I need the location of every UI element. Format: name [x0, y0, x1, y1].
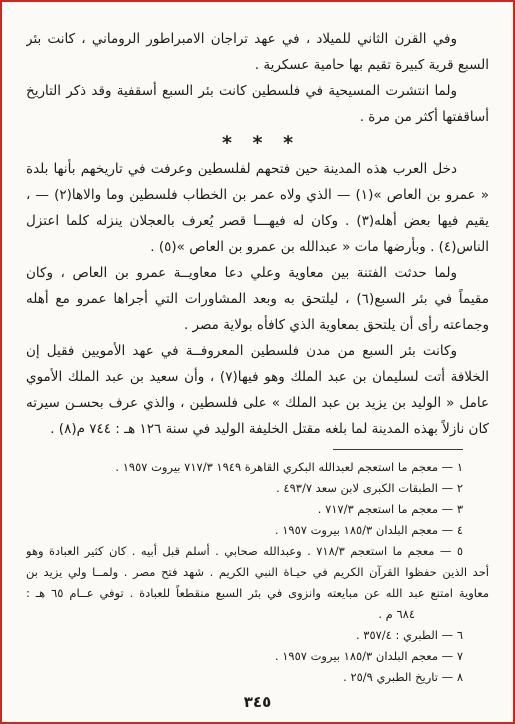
footnote-line: أحد الذين حفظوا القرآن الكريم في حيـاة ا… — [26, 562, 489, 583]
footnote-line: معاوية امتنع عبد الله عن مبايعته وانزوى … — [26, 583, 489, 604]
paragraph: ولما حدثت الفتنة بين معاوية وعلي دعا معا… — [26, 260, 489, 338]
footnote-line: ٦٨٤ م . — [26, 604, 489, 625]
text-line: الخلافة أتت لسليمان بن عبد الملك وهو فيه… — [26, 364, 489, 390]
text-line: الناس(٤) . وبأرضها مات « عبدالله بن عمرو… — [26, 234, 489, 260]
paragraph: وكانت بئر السبع من مدن فلسطين المعروفــة… — [26, 338, 489, 442]
footnote-line: ٣ — معجم ما استعجم ٧١٧/٣ . — [26, 499, 489, 520]
book-page: وفي القرن الثاني للميلاد ، في عهد تراجان… — [0, 0, 515, 724]
footnote-line: ٦ — الطبري : ٣٥٧/٤ . — [26, 625, 489, 646]
text-line: دخل العرب هذه المدينة حين فتحهم لفلسطين … — [26, 156, 489, 182]
text-line: ولما انتشرت المسيحية في فلسطين كانت بئر … — [26, 78, 489, 104]
page-number: ٣٤٥ — [26, 691, 489, 713]
text-line: وجماعته رأى أن يلتحق بمعاوية الذي كافأه … — [26, 312, 489, 338]
body-paragraphs: دخل العرب هذه المدينة حين فتحهم لفلسطين … — [26, 156, 489, 442]
footnote-line: ٥ — معجم ما استعجم ٧١٨/٣ . وعبدالله صحاب… — [26, 541, 489, 562]
text-line: كان نازلاً بهذه المدينة لما بلغه مقتل ال… — [26, 416, 489, 442]
text-line: أساقفتها أكثر من مرة . — [26, 104, 489, 130]
paragraph: وفي القرن الثاني للميلاد ، في عهد تراجان… — [26, 26, 489, 78]
page-content: وفي القرن الثاني للميلاد ، في عهد تراجان… — [2, 2, 513, 713]
text-line: السبع قرية كبيرة تقيم بها حامية عسكرية . — [26, 52, 489, 78]
footnotes-block: ١ — معجم ما استعجم لعبدالله البكري القاه… — [26, 457, 489, 688]
text-line: يقيم فيها بعض أهله(٣) . وكان له فيهـــا … — [26, 208, 489, 234]
intro-paragraphs: وفي القرن الثاني للميلاد ، في عهد تراجان… — [26, 26, 489, 130]
paragraph: دخل العرب هذه المدينة حين فتحهم لفلسطين … — [26, 156, 489, 260]
footnote-line: ٢ — الطبقات الكبرى لابن سعد ٤٩٣/٧ . — [26, 478, 489, 499]
text-line: وفي القرن الثاني للميلاد ، في عهد تراجان… — [26, 26, 489, 52]
text-line: مقيماً في بئر السبع(٦) ، ليلتحق به وبعد … — [26, 286, 489, 312]
footnote-line: ٨ — تاريخ الطبري ٢٥/٩ . — [26, 667, 489, 688]
text-line: عامل « الوليد بن يزيد بن عبد الملك » على… — [26, 390, 489, 416]
text-line: « عمرو بن العاص »(١) — الذي ولاه عمر بن … — [26, 182, 489, 208]
paragraph: ولما انتشرت المسيحية في فلسطين كانت بئر … — [26, 78, 489, 130]
footnote-line: ١ — معجم ما استعجم لعبدالله البكري القاه… — [26, 457, 489, 478]
section-separator-stars: * * * — [26, 130, 489, 156]
text-line: ولما حدثت الفتنة بين معاوية وعلي دعا معا… — [26, 260, 489, 286]
footnote-divider-rule — [333, 449, 463, 450]
text-line: وكانت بئر السبع من مدن فلسطين المعروفــة… — [26, 338, 489, 364]
footnote-line: ٧ — معجم البلدان ١٨٥/٣ بيروت ١٩٥٧ . — [26, 646, 489, 667]
footnote-line: ٤ — معجم البلدان ١٨٥/٣ بيروت ١٩٥٧ . — [26, 520, 489, 541]
